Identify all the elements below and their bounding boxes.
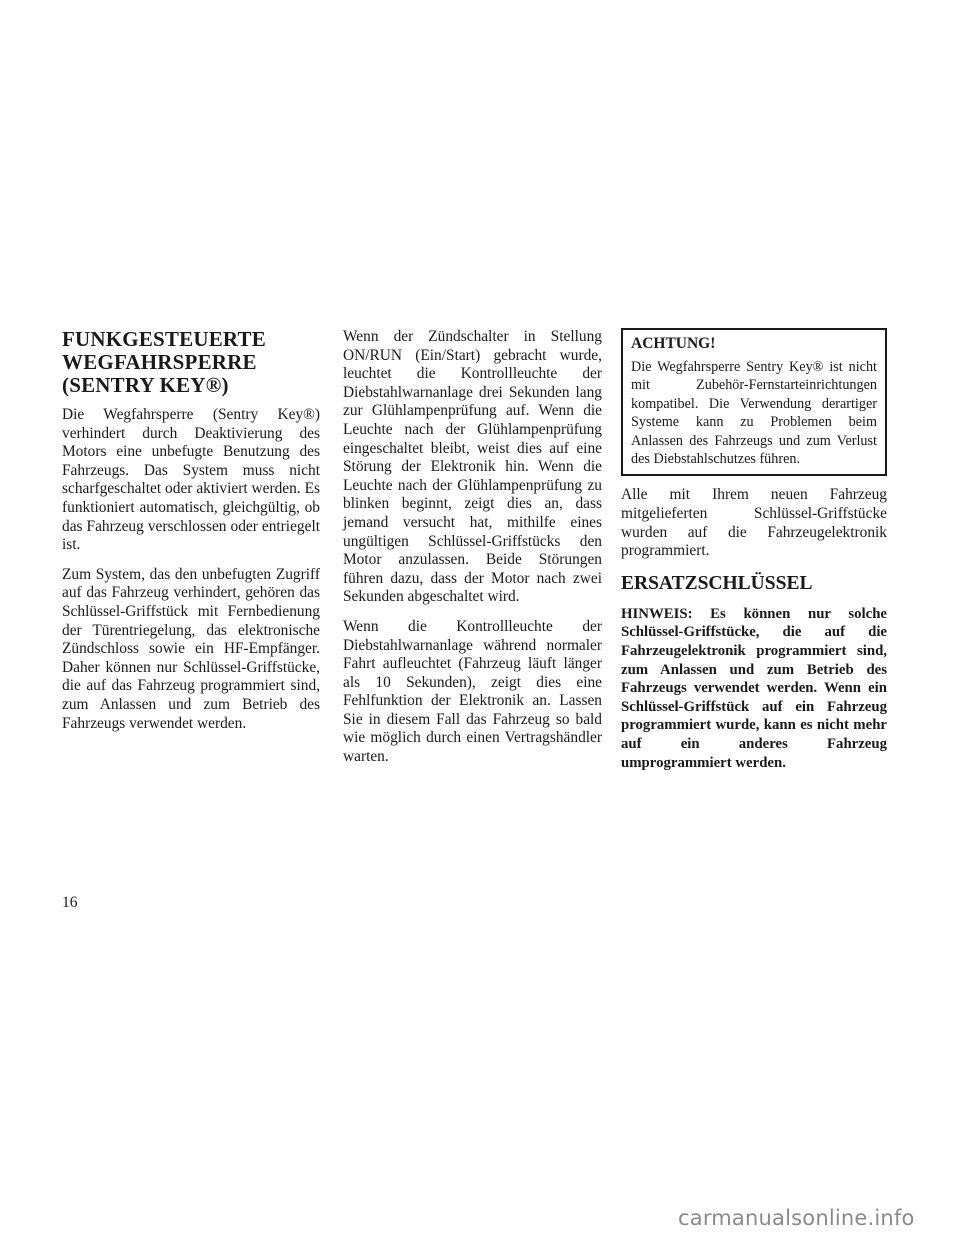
column-left: FUNKGESTEUERTE WEGFAHRSPERRE (SENTRY KEY… [62, 328, 320, 744]
warning-text: Die Wegfahrsperre Sentry Key® ist nicht … [631, 358, 877, 468]
heading-line: FUNKGESTEUERTE [62, 328, 320, 351]
warning-box: ACHTUNG! Die Wegfahrsperre Sentry Key® i… [621, 328, 887, 476]
manual-page: FUNKGESTEUERTE WEGFAHRSPERRE (SENTRY KEY… [0, 0, 960, 1242]
paragraph-programmed-keys: Alle mit Ihrem neuen Fahrzeug mitgeliefe… [621, 486, 887, 560]
section-heading-immobilizer: FUNKGESTEUERTE WEGFAHRSPERRE (SENTRY KEY… [62, 328, 320, 397]
paragraph-bulb-check: Wenn der Zündschalter in Stellung ON/RUN… [343, 328, 602, 607]
column-middle: Wenn der Zündschalter in Stellung ON/RUN… [343, 328, 602, 778]
page-number: 16 [62, 894, 78, 912]
column-right: ACHTUNG! Die Wegfahrsperre Sentry Key® i… [621, 328, 887, 772]
warning-title: ACHTUNG! [631, 335, 877, 353]
watermark-text: carmanualsonline.info [678, 1206, 915, 1230]
heading-line: (SENTRY KEY®) [62, 374, 320, 397]
section-heading-replacement-keys: ERSATZSCHLÜSSEL [621, 573, 887, 595]
note-text: HINWEIS: Es können nur solche Schlüssel-… [621, 605, 887, 772]
paragraph-intro: Die Wegfahrsperre (Sentry Key®) verhinde… [62, 406, 320, 555]
paragraph-malfunction: Wenn die Kontrollleuchte der Diebstahlwa… [343, 618, 602, 767]
heading-line: WEGFAHRSPERRE [62, 351, 320, 374]
paragraph-system-components: Zum System, das den unbefugten Zugriff a… [62, 566, 320, 733]
